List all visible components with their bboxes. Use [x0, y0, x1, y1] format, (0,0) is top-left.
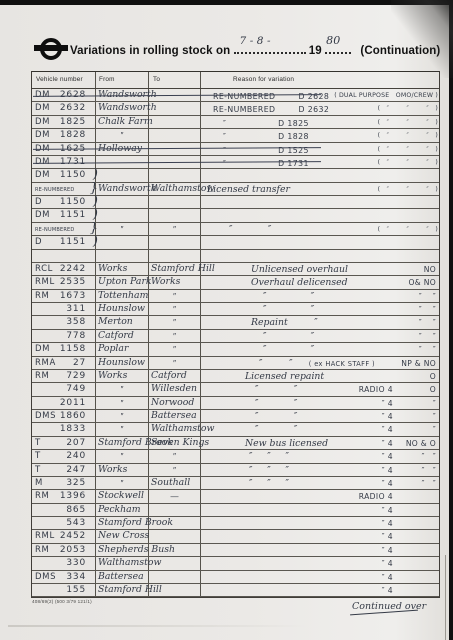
vehicle-number: 2535 — [60, 277, 86, 287]
paren-annotation: ( DUAL PURPOSE OMO/CREW ) — [334, 92, 438, 99]
from-value: Walthamstow — [97, 557, 147, 569]
vehicle-cell: DM1150) — [32, 169, 95, 181]
reason-text: ″ ″ — [255, 384, 297, 395]
vehicle-prefix: T — [35, 438, 41, 448]
reason-cell: ″ ″″ 4″ — [201, 410, 439, 422]
mid-annotation: ″ 4 — [382, 506, 393, 515]
to-value: Catford — [150, 370, 199, 382]
vehicle-cell: DMS1860 — [32, 410, 95, 422]
vehicle-cell: DM1158 — [32, 343, 95, 355]
from-value: ″ — [97, 383, 147, 394]
to-cell: Walthamstow — [150, 423, 199, 435]
from-value: Stamford Hill — [97, 584, 147, 596]
from-cell: ″ — [97, 397, 147, 409]
vehicle-cell: M325 — [32, 477, 95, 489]
table-row: 155Stamford Hill″ 4 — [32, 584, 439, 597]
vehicle-number: 1828 — [60, 130, 86, 140]
vehicle-cell: RE-NUMBERED} — [32, 223, 95, 235]
reason-text: ″ ″ — [259, 358, 293, 369]
to-cell — [150, 530, 199, 542]
table-row: T240″″″ ″ ″″ 4″ ″ — [32, 450, 439, 463]
right-annotation: ″ ″ — [419, 332, 436, 341]
reason-cell: Overhaul delicensedO& NO — [201, 276, 439, 288]
from-cell: ″ — [97, 223, 147, 235]
vehicle-prefix: RM — [35, 371, 49, 381]
from-value: Stamford Brook — [97, 437, 147, 449]
vehicle-prefix: DM — [35, 103, 50, 113]
to-cell — [150, 517, 199, 529]
vehicle-prefix: DMS — [35, 411, 56, 421]
table-body: DM2628WandsworthRE-NUMBERED D 2628( DUAL… — [32, 89, 439, 597]
from-cell: ″ — [97, 383, 147, 395]
table-row: DM1625Holloway″ D 1525( ″ ″ ″ ) — [32, 143, 439, 156]
to-cell — [150, 571, 199, 583]
mid-annotation: ″ 4 — [382, 519, 393, 528]
from-value: Merton — [97, 316, 147, 328]
vehicle-cell: 155 — [32, 584, 95, 596]
reason-text: ″ ″ ″ — [249, 451, 289, 462]
vehicle-prefix: D — [35, 197, 42, 207]
vehicle-number: 330 — [66, 558, 86, 568]
table-row: DM2628WandsworthRE-NUMBERED D 2628( DUAL… — [32, 89, 439, 102]
from-cell: Stamford Brook — [97, 517, 147, 529]
right-annotation: ″ ″ — [419, 345, 436, 354]
reason-cell: ″ ″″ 4″ — [201, 423, 439, 435]
from-value: Works — [97, 464, 147, 476]
from-cell: Poplar — [97, 343, 147, 355]
date-dotted-line: 7 - 8 - — [234, 41, 306, 54]
vehicle-cell: RE-NUMBERED} — [32, 183, 95, 195]
to-value: — — [150, 490, 199, 501]
scanned-form-page: Variations in rolling stock on 7 - 8 - 1… — [0, 0, 453, 640]
vehicle-cell: RM729 — [32, 370, 95, 382]
from-value: Poplar — [97, 343, 147, 355]
mid-annotation: ″ 4 — [382, 559, 393, 568]
table-row: 749″Willesden″ ″RADIO 4O — [32, 383, 439, 396]
from-value: Stamford Brook — [97, 517, 147, 529]
table-row: RM729WorksCatfordLicensed repaintO — [32, 370, 439, 383]
reason-cell: ″ D 1825( ″ ″ ″ ) — [201, 116, 439, 128]
to-value: ″ — [150, 290, 199, 301]
from-cell: Catford — [97, 330, 147, 342]
table-row: D1151) — [32, 236, 439, 249]
reason-text: ″ ″ — [263, 344, 314, 355]
reason-text: RE-NUMBERED D 2628 — [213, 91, 329, 102]
vehicle-prefix: T — [35, 465, 41, 475]
vehicle-prefix: D — [35, 237, 42, 247]
reason-text: ″ ″ — [263, 291, 314, 302]
vehicle-number: 778 — [66, 331, 86, 341]
from-cell: Shepherds Bush — [97, 544, 147, 556]
vehicle-cell: 358 — [32, 316, 95, 328]
from-value: New Cross — [97, 530, 147, 542]
to-cell — [150, 102, 199, 114]
to-cell — [150, 557, 199, 569]
reason-cell: ″ ″″ ″ — [201, 330, 439, 342]
to-value: Walthamstow — [150, 183, 199, 195]
vehicle-number: 334 — [66, 572, 86, 582]
from-value: ″ — [97, 450, 147, 461]
from-cell — [97, 209, 147, 221]
table-row: RM2053Shepherds Bush″ 4 — [32, 544, 439, 557]
to-cell — [150, 236, 199, 248]
reason-cell: ″ D 1525( ″ ″ ″ ) — [201, 143, 439, 155]
reason-text: ″ ″ ″ — [249, 478, 289, 489]
vehicle-cell: RCL2242 — [32, 263, 95, 275]
from-value: Catford — [97, 330, 147, 342]
from-cell: Tottenham — [97, 290, 147, 302]
table-row: DM2632WandsworthRE-NUMBERED D 2632( ″ ″ … — [32, 102, 439, 115]
from-cell: ″ — [97, 477, 147, 489]
from-cell: Works — [97, 464, 147, 476]
to-value: Battersea — [150, 410, 199, 422]
reason-text: ″ ″ — [255, 398, 297, 409]
vehicle-number: 2242 — [60, 264, 86, 274]
to-value: ″ — [150, 343, 199, 354]
mid-annotation: RADIO 4 — [359, 492, 393, 501]
mid-annotation: ″ 4 — [382, 479, 393, 488]
vehicle-cell: D1151) — [32, 236, 95, 248]
mid-annotation: ″ 4 — [382, 412, 393, 421]
to-cell — [150, 196, 199, 208]
table-row: DMS334Battersea″ 4 — [32, 571, 439, 584]
scan-corner-shadow — [391, 0, 453, 78]
from-value: Works — [97, 370, 147, 382]
reason-cell: ″ ″RADIO 4O — [201, 383, 439, 395]
vehicle-number: 2011 — [60, 398, 86, 408]
vehicle-cell — [32, 250, 95, 262]
reason-text: ″ D 1828 — [223, 131, 309, 142]
from-cell: ″ — [97, 410, 147, 422]
table-row: 778Catford″″ ″″ ″ — [32, 330, 439, 343]
to-cell: Catford — [150, 370, 199, 382]
to-cell: Works — [150, 276, 199, 288]
col-header-reason: Reason for variation — [233, 76, 294, 83]
from-cell: Wandsworth — [97, 102, 147, 114]
vehicle-number: 1396 — [60, 491, 86, 501]
right-annotation: ″ ″ — [422, 452, 436, 461]
reason-text: ″ ″ — [263, 331, 314, 342]
right-annotation: NO — [424, 265, 436, 274]
table-row: RCL2242WorksStamford HillUnlicensed over… — [32, 263, 439, 276]
to-cell — [150, 209, 199, 221]
reason-cell: ″ ″ ″″ 4″ ″ — [201, 450, 439, 462]
from-value: Battersea — [97, 571, 147, 583]
vehicle-cell: DM2632 — [32, 102, 95, 114]
reason-cell: Licensed repaintO — [201, 370, 439, 382]
mid-annotation: ″ 4 — [382, 452, 393, 461]
continued-over-note: Continued over — [352, 601, 426, 612]
reason-cell: ″ ″ ″″ 4″ ″ — [201, 477, 439, 489]
to-cell: ″ — [150, 223, 199, 235]
col-header-from: From — [99, 76, 115, 83]
vehicle-number: 325 — [66, 478, 86, 488]
vehicle-number: 749 — [66, 384, 86, 394]
table-row: 865Peckham″ 4 — [32, 504, 439, 517]
paren-annotation: ( ″ ″ ″ ) — [378, 119, 438, 126]
reason-text: ″ ″ — [255, 411, 297, 422]
from-value: ″ — [97, 223, 147, 234]
vehicle-number: 1151 — [60, 237, 86, 247]
reason-cell: RADIO 4 — [201, 490, 439, 502]
table-row: T247Works″″ ″ ″″ 4″ ″ — [32, 464, 439, 477]
table-row: 543Stamford Brook″ 4 — [32, 517, 439, 530]
from-cell — [97, 169, 147, 181]
paren-annotation: ( ″ ″ ″ ) — [378, 159, 438, 166]
table-row: 2011″Norwood″ ″″ 4″ — [32, 397, 439, 410]
to-value: ″ — [150, 450, 199, 461]
right-annotation: ″ — [433, 412, 436, 421]
to-cell: Stamford Hill — [150, 263, 199, 275]
vehicle-cell: RML2535 — [32, 276, 95, 288]
vehicle-cell: T207 — [32, 437, 95, 449]
vehicle-cell: RMA27 — [32, 357, 95, 369]
vehicle-number: 1860 — [60, 411, 86, 421]
reason-text: Unlicensed overhaul — [251, 264, 348, 275]
vehicle-number: 1158 — [60, 344, 86, 354]
vehicle-number: 207 — [66, 438, 86, 448]
reason-cell — [201, 250, 439, 262]
from-cell: Stamford Brook — [97, 437, 147, 449]
form-header: Variations in rolling stock on 7 - 8 - 1… — [36, 35, 440, 65]
to-value: ″ — [150, 223, 199, 234]
year-dotted-line: 80 — [325, 41, 351, 54]
vehicle-prefix: DM — [35, 130, 50, 140]
right-annotation: ″ — [433, 399, 436, 408]
from-value: Shepherds Bush — [97, 544, 147, 556]
vehicle-prefix: DM — [35, 344, 50, 354]
vehicle-number: 358 — [66, 317, 86, 327]
reason-text: ″ D 1825 — [223, 118, 309, 129]
from-value: ″ — [97, 397, 147, 408]
mid-annotation: ″ 4 — [382, 573, 393, 582]
reason-cell: ″ 4 — [201, 557, 439, 569]
paren-annotation: ( ″ ″ ″ ) — [378, 186, 438, 193]
reason-text: ″ ″ — [255, 424, 297, 435]
reason-text: Overhaul delicensed — [251, 277, 348, 288]
vehicle-number: 27 — [73, 358, 86, 368]
vehicle-number: 240 — [66, 451, 86, 461]
mid-annotation: ″ 4 — [382, 439, 393, 448]
table-row: T207Stamford BrookSeven KingsNew bus lic… — [32, 437, 439, 450]
vehicle-cell: 2011 — [32, 397, 95, 409]
from-cell: Hounslow — [97, 303, 147, 315]
vehicle-prefix: RML — [35, 277, 55, 287]
to-value: Stamford Hill — [150, 263, 199, 275]
mid-annotation: ″ 4 — [382, 399, 393, 408]
right-annotation: NO & O — [406, 439, 436, 448]
variations-table: Vehicle number From To Reason for variat… — [31, 71, 440, 598]
right-annotation: NP & NO — [401, 359, 436, 368]
from-value: Hounslow — [97, 357, 147, 369]
vehicle-number: 543 — [66, 518, 86, 528]
table-row: DM1825Chalk Farm″ D 1825( ″ ″ ″ ) — [32, 116, 439, 129]
vehicle-number: 2452 — [60, 531, 86, 541]
to-cell: Seven Kings — [150, 437, 199, 449]
to-cell: ″ — [150, 450, 199, 462]
from-value: Stockwell — [97, 490, 147, 502]
from-cell: New Cross — [97, 530, 147, 542]
reason-cell: ″ D 1828( ″ ″ ″ ) — [201, 129, 439, 141]
table-header-row: Vehicle number From To Reason for variat… — [32, 72, 439, 89]
handwritten-date: 7 - 8 - — [240, 35, 271, 47]
vehicle-cell: DM1825 — [32, 116, 95, 128]
vehicle-cell: DM1151) — [32, 209, 95, 221]
to-value: ″ — [150, 330, 199, 341]
from-cell: Wandsworth — [97, 183, 147, 195]
to-cell: Battersea — [150, 410, 199, 422]
reason-text: ″ D 1731 — [223, 158, 309, 169]
from-cell: Chalk Farm — [97, 116, 147, 128]
vehicle-number: 1151 — [60, 210, 86, 220]
right-annotation: ″ ″ — [422, 466, 436, 475]
reason-cell: ″ 4 — [201, 544, 439, 556]
from-cell — [97, 196, 147, 208]
reason-cell: ″ ″( ex HACK STAFF )NP & NO — [201, 357, 439, 369]
reason-cell: Unlicensed overhaulNO — [201, 263, 439, 275]
reason-cell: ″ ″( ″ ″ ″ ) — [201, 223, 439, 235]
vehicle-cell: 778 — [32, 330, 95, 342]
form-title-line: Variations in rolling stock on 7 - 8 - 1… — [70, 41, 440, 57]
vehicle-number: 311 — [66, 304, 86, 314]
vehicle-cell: DM1828 — [32, 129, 95, 141]
from-cell: Upton Park — [97, 276, 147, 288]
vehicle-cell: 1833 — [32, 423, 95, 435]
mid-annotation: ″ 4 — [382, 466, 393, 475]
right-annotation: ″ ″ — [422, 479, 436, 488]
right-annotation: O — [430, 372, 436, 381]
vehicle-cell: RML2452 — [32, 530, 95, 542]
reason-cell — [201, 209, 439, 221]
from-cell: Stockwell — [97, 490, 147, 502]
reason-cell — [201, 236, 439, 248]
to-cell: ″ — [150, 464, 199, 476]
paren-annotation: ( ″ ″ ″ ) — [378, 105, 438, 112]
to-cell — [150, 169, 199, 181]
reason-text: ″ ″ — [229, 224, 271, 235]
vehicle-number: 1150 — [60, 170, 86, 180]
from-cell: ″ — [97, 423, 147, 435]
mid-annotation: ″ 4 — [382, 586, 393, 595]
paren-annotation: ( ″ ″ ″ ) — [378, 146, 438, 153]
table-row: 330Walthamstow″ 4 — [32, 557, 439, 570]
mid-annotation: ″ 4 — [382, 532, 393, 541]
reason-text: RE-NUMBERED D 2632 — [213, 104, 329, 115]
vehicle-prefix: T — [35, 451, 41, 461]
to-cell — [150, 544, 199, 556]
from-value: Hounslow — [97, 303, 147, 315]
to-cell: ″ — [150, 290, 199, 302]
vehicle-number: 2632 — [60, 103, 86, 113]
vehicle-prefix: RMA — [35, 358, 56, 368]
vehicle-prefix: DM — [35, 210, 50, 220]
from-value: Peckham — [97, 504, 147, 516]
reason-cell: ″ ″″ 4″ — [201, 397, 439, 409]
to-cell — [150, 504, 199, 516]
to-value: Southall — [150, 477, 199, 489]
vehicle-cell: DMS334 — [32, 571, 95, 583]
to-cell — [150, 129, 199, 141]
year-prefix: 19 — [309, 45, 322, 57]
reason-cell: ″ ″″ ″ — [201, 303, 439, 315]
vehicle-prefix: RM — [35, 491, 49, 501]
to-value: Walthamstow — [150, 423, 199, 435]
vehicle-number: 865 — [66, 505, 86, 515]
vehicle-prefix: RE-NUMBERED — [35, 187, 74, 193]
to-cell: ″ — [150, 357, 199, 369]
mid-annotation: ( ex HACK STAFF ) — [309, 360, 375, 368]
table-row: 311Hounslow″″ ″″ ″ — [32, 303, 439, 316]
reason-cell: ″ 4 — [201, 571, 439, 583]
reason-cell — [201, 196, 439, 208]
from-value: Wandsworth — [97, 183, 147, 195]
table-row: RML2535Upton ParkWorksOverhaul delicense… — [32, 276, 439, 289]
london-transport-roundel-icon — [38, 36, 64, 62]
vehicle-cell: 543 — [32, 517, 95, 529]
reason-text: ″ ″ — [263, 304, 314, 315]
from-value: ″ — [97, 410, 147, 421]
reason-text: Licensed transfer — [207, 184, 290, 195]
reason-cell: ″ ″″ ″ — [201, 290, 439, 302]
paren-annotation: ( ″ ″ ″ ) — [378, 226, 438, 233]
vehicle-prefix: M — [35, 478, 43, 488]
form-title: Variations in rolling stock on — [70, 45, 230, 57]
reason-text: Licensed repaint — [245, 371, 324, 382]
vehicle-cell: 330 — [32, 557, 95, 569]
vehicle-number: 155 — [66, 585, 86, 595]
vehicle-number: 729 — [66, 371, 86, 381]
paper-sheet: Variations in rolling stock on 7 - 8 - 1… — [0, 5, 449, 640]
from-cell: ″ — [97, 450, 147, 462]
reason-cell — [201, 169, 439, 181]
right-annotation: ″ ″ — [419, 318, 436, 327]
right-annotation: ″ ″ — [419, 292, 436, 301]
table-row: DM1158Poplar″″ ″″ ″ — [32, 343, 439, 356]
to-cell: Walthamstow — [150, 183, 199, 195]
col-header-vehicle-number: Vehicle number — [36, 76, 83, 83]
vehicle-cell: RM2053 — [32, 544, 95, 556]
vehicle-cell: 311 — [32, 303, 95, 315]
vehicle-number: 1673 — [60, 291, 86, 301]
vehicle-number: 1825 — [60, 117, 86, 127]
from-value: Tottenham — [97, 290, 147, 302]
reason-cell: ″ 4 — [201, 530, 439, 542]
from-cell: ″ — [97, 129, 147, 141]
right-annotation: O& NO — [409, 278, 436, 287]
right-annotation: ″ — [433, 425, 436, 434]
to-cell: — — [150, 490, 199, 502]
form-print-code: 408/69(2) (500 3/79 121/1) — [32, 599, 92, 604]
from-value: Wandsworth — [97, 102, 147, 114]
right-annotation: O — [430, 385, 436, 394]
right-annotation: ″ ″ — [419, 305, 436, 314]
to-cell: ″ — [150, 303, 199, 315]
vehicle-cell: 749 — [32, 383, 95, 395]
from-cell: Works — [97, 370, 147, 382]
vehicle-prefix: RM — [35, 291, 49, 301]
from-value: ″ — [97, 423, 147, 434]
reason-cell: ″ 4 — [201, 504, 439, 516]
to-cell — [150, 116, 199, 128]
from-value: Works — [97, 263, 147, 275]
vehicle-number: 1150 — [60, 197, 86, 207]
from-value: ″ — [97, 477, 147, 488]
vehicle-prefix: RCL — [35, 264, 53, 274]
from-cell — [97, 236, 147, 248]
reason-text: ″ D 1525 — [223, 145, 309, 156]
reason-cell: ″ 4 — [201, 584, 439, 596]
table-row: DMS1860″Battersea″ ″″ 4″ — [32, 410, 439, 423]
